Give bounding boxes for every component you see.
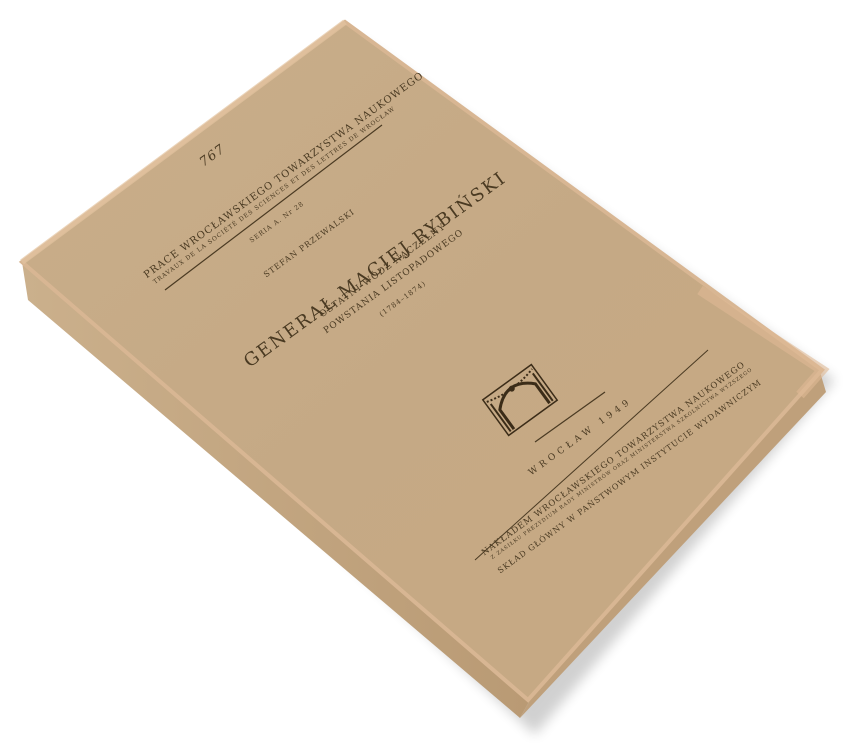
book-shape [0,0,850,743]
book-cover [22,22,822,700]
book-photo: 767 PRACE WROCŁAWSKIEGO TOWARZYSTWA NAUK… [0,0,850,743]
